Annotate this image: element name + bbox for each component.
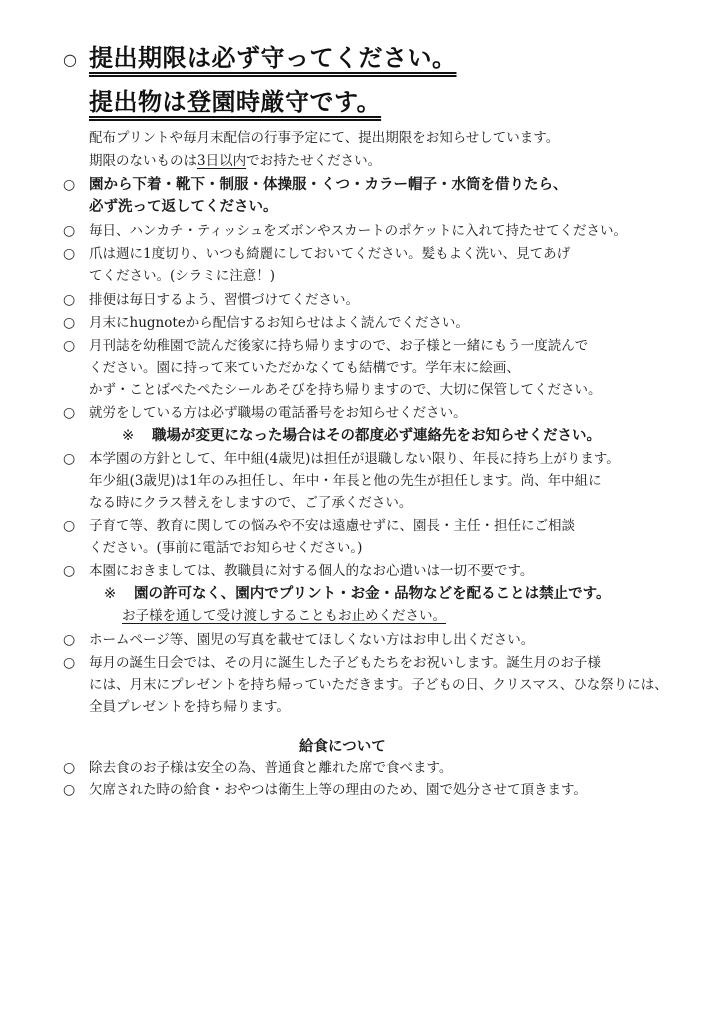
bullet-circle-icon: ○: [63, 290, 75, 310]
page-title-line1: 提出期限は必ず守ってください。: [89, 42, 457, 74]
bullet-circle-icon: ○: [63, 221, 75, 241]
page-title-line2: 提出物は登園時厳守です。: [89, 86, 381, 118]
list-item-magazine: 月刊誌を幼稚園で読んだ後家に持ち帰りますので、お子様と一緒にもう一度読んで: [89, 336, 588, 356]
bullet-circle-icon: ○: [63, 449, 75, 469]
list-item-consultation: 子育て等、教育に関しての悩みや不安は遠慮せずに、園長・主任・担任にご相談: [89, 516, 575, 536]
bullet-circle-icon: ○: [63, 336, 75, 356]
bullet-circle-icon: ○: [63, 403, 75, 423]
list-item-photos: ホームページ等、園児の写真を載せてほしくない方はお申し出ください。: [89, 630, 534, 650]
list-item-nails-cont: てください。(シラミに注意！): [89, 266, 275, 286]
intro-line2-post: でお持たせください。: [246, 153, 381, 169]
list-item-allergy-meal: 除去食のお子様は安全の為、普通食と離れた席で食べます。: [89, 758, 452, 778]
bullet-circle-icon: ○: [63, 780, 75, 800]
list-item-bowel: 排便は毎日するよう、習慣づけてください。: [89, 290, 359, 310]
note-distribution-prohibited: 園の許可なく、園内でプリント・お金・品物などを配ることは禁止です。: [134, 584, 610, 604]
list-item-birthday-cont2: 全員プレゼントを持ち帰ります。: [89, 697, 290, 717]
bullet-circle-icon: ○: [63, 313, 75, 333]
reference-mark-icon: ※: [122, 426, 134, 446]
bullet-circle-icon: ○: [63, 630, 75, 650]
list-item-birthday: 毎月の誕生日会では、その月に誕生した子どもたちをお祝いします。誕生月のお子様: [89, 653, 601, 673]
list-item-no-gifts: 本園におきましては、教職員に対する個人的なお心遣いは一切不要です。: [89, 561, 533, 581]
list-item-magazine-cont1: ください。園に持って来ていただかなくても結構です。学年末に絵画、: [89, 358, 520, 378]
list-item-consultation-cont: ください。(事前に電話でお知らせください。): [89, 538, 362, 558]
list-item-absence-meal: 欠席された時の給食・おやつは衛生上等の理由のため、園で処分させて頂きます。: [89, 780, 587, 800]
deadline-3-days: 3日以内: [197, 153, 246, 169]
note-distribution-sub: お子様を通して受け渡しすることもお止めください。: [122, 606, 446, 626]
bullet-circle-icon: ○: [63, 653, 75, 673]
list-item-nails: 爪は週に1度切り、いつも綺麗にしておいてください。髪もよく洗い、見てあげ: [89, 244, 570, 264]
bullet-circle-icon: ○: [63, 561, 75, 581]
bullet-circle-icon: ○: [63, 50, 77, 70]
list-item-borrowed-items-cont: 必ず洗って返してください。: [89, 197, 278, 217]
list-item-handkerchief: 毎日、ハンカチ・ティッシュをズボンやスカートのポケットに入れて持たせてください。: [89, 221, 627, 241]
bullet-circle-icon: ○: [63, 244, 75, 264]
list-item-magazine-cont2: かず・ことばぺたぺたシールあそびを持ち帰りますので、大切に保管してください。: [89, 380, 601, 400]
list-item-borrowed-items: 園から下着・靴下・制服・体操服・くつ・カラー帽子・水筒を借りたら、: [89, 175, 568, 195]
list-item-hugnote: 月末にhugnoteから配信するお知らせはよく読んでください。: [89, 313, 469, 333]
note-workplace-change: 職場が変更になった場合はその都度必ず連絡先をお知らせください。: [152, 426, 601, 446]
list-item-class-policy-cont1: 年少組(3歳児)は1年のみ担任し、年中・年長と他の先生が担任します。尚、年中組に: [89, 471, 602, 491]
section-title-lunch: 給食について: [299, 737, 386, 757]
intro-line1: 配布プリントや毎月末配信の行事予定にて、提出期限をお知らせしています。: [89, 128, 559, 148]
list-item-workplace-phone: 就労をしている方は必ず職場の電話番号をお知らせください。: [89, 403, 467, 423]
intro-line2: 期限のないものは3日以内でお持たせください。: [89, 151, 381, 171]
list-item-class-policy-cont2: なる時にクラス替えをしますので、ご了承ください。: [89, 493, 412, 513]
bullet-circle-icon: ○: [63, 175, 75, 195]
list-item-birthday-cont1: には、月末にプレゼントを持ち帰っていただきます。子どもの日、クリスマス、ひな祭り…: [89, 675, 668, 695]
reference-mark-icon: ※: [104, 584, 116, 604]
bullet-circle-icon: ○: [63, 758, 75, 778]
list-item-class-policy: 本学園の方針として、年中組(4歳児)は担任が退職しない限り、年長に持ち上がります…: [89, 449, 620, 469]
bullet-circle-icon: ○: [63, 516, 75, 536]
intro-line2-pre: 期限のないものは: [89, 153, 197, 169]
